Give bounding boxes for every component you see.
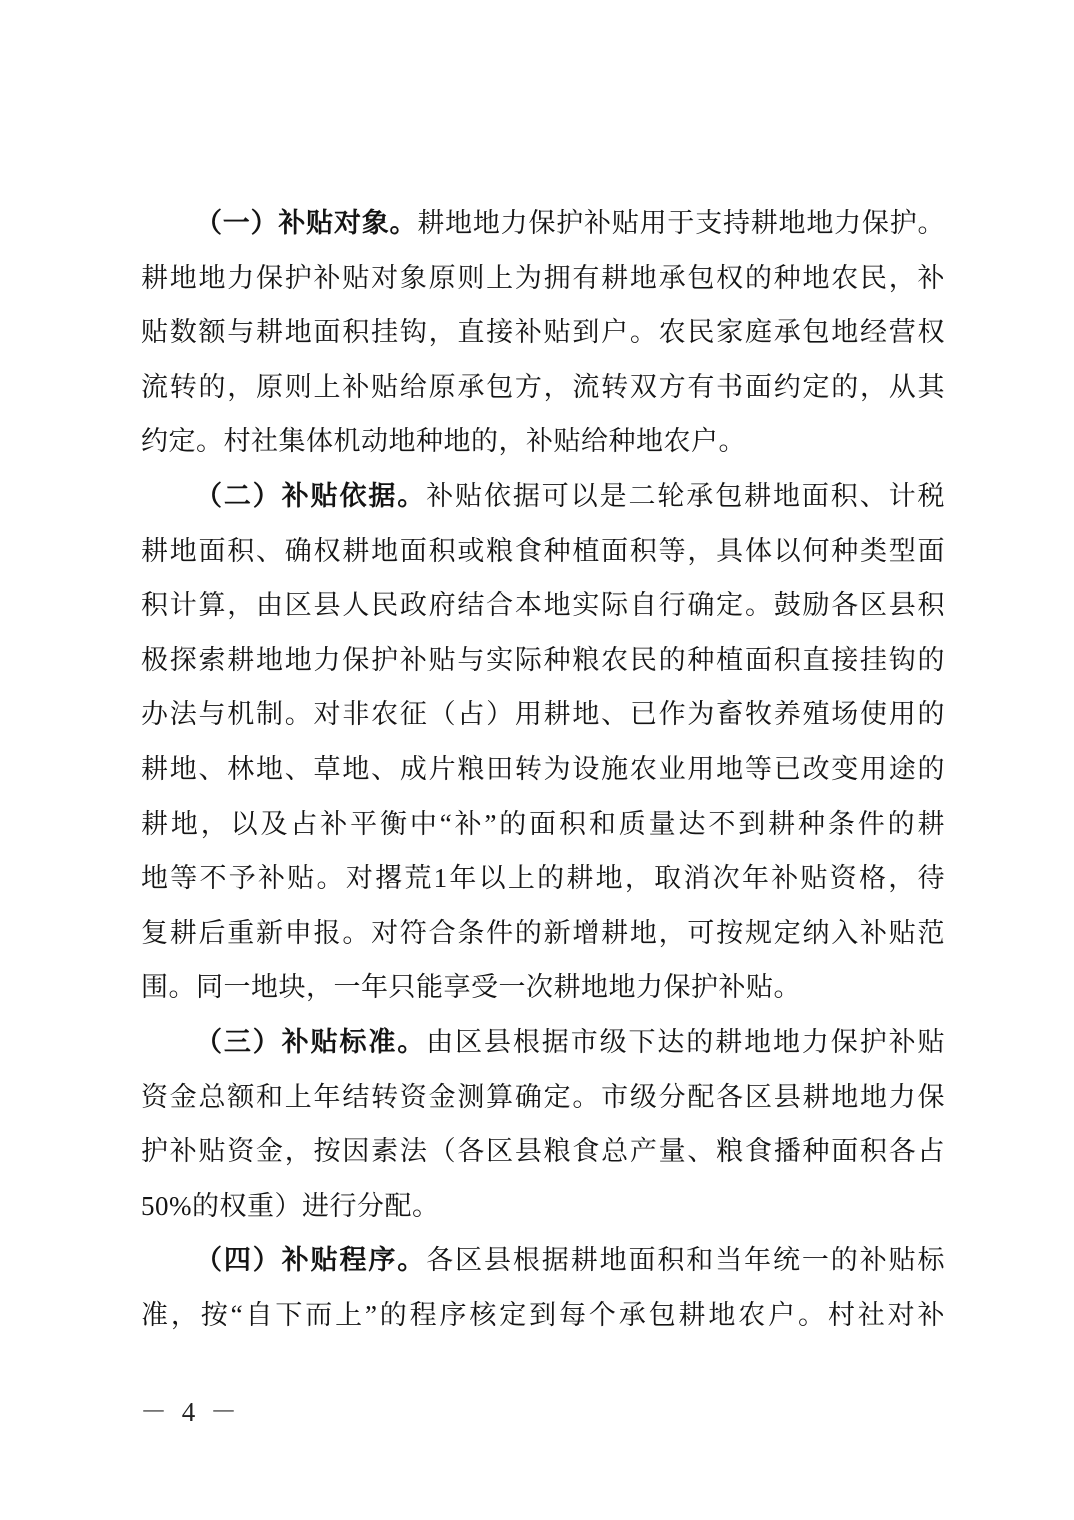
text-line: 耕地，以及占补平衡中“补”的面积和质量达不到耕种条件的耕 — [141, 797, 945, 852]
paragraph: （二）补贴依据。补贴依据可以是二轮承包耕地面积、计税耕地面积、确权耕地面积或粮食… — [141, 469, 945, 1015]
text-line: 流转的，原则上补贴给原承包方，流转双方有书面约定的，从其 — [141, 360, 945, 415]
text-line: 耕地面积、确权耕地面积或粮食种植面积等，具体以何种类型面 — [141, 524, 945, 579]
text-line: 办法与机制。对非农征（占）用耕地、已作为畜牧养殖场使用的 — [141, 687, 945, 742]
text-line: 复耕后重新申报。对符合条件的新增耕地，可按规定纳入补贴范 — [141, 906, 945, 961]
text-line: 资金总额和上年结转资金测算确定。市级分配各区县耕地地力保 — [141, 1070, 945, 1125]
text-line: 50%的权重）进行分配。 — [141, 1179, 945, 1234]
document-page: （一）补贴对象。耕地地力保护补贴用于支持耕地地力保护。耕地地力保护补贴对象原则上… — [0, 0, 1074, 1520]
paragraph-text: 各区县根据耕地面积和当年统一的补贴标 — [426, 1245, 945, 1275]
text-line: 围。同一地块，一年只能享受一次耕地地力保护补贴。 — [141, 960, 945, 1015]
paragraph-heading: （四）补贴程序。 — [195, 1245, 426, 1275]
text-line: 地等不予补贴。对撂荒1年以上的耕地，取消次年补贴资格，待 — [141, 851, 945, 906]
text-line: 约定。村社集体机动地种地的，补贴给种地农户。 — [141, 414, 945, 469]
paragraph-text: 由区县根据市级下达的耕地地力保护补贴 — [426, 1027, 945, 1057]
paragraph: （一）补贴对象。耕地地力保护补贴用于支持耕地地力保护。耕地地力保护补贴对象原则上… — [141, 196, 945, 469]
page-number: － 4 － — [140, 1385, 241, 1440]
paragraph: （三）补贴标准。由区县根据市级下达的耕地地力保护补贴资金总额和上年结转资金测算确… — [141, 1015, 945, 1233]
text-line: 贴数额与耕地面积挂钩，直接补贴到户。农民家庭承包地经营权 — [141, 305, 945, 360]
text-line: （二）补贴依据。补贴依据可以是二轮承包耕地面积、计税 — [141, 469, 945, 524]
text-line: 准，按“自下而上”的程序核定到每个承包耕地农户。村社对补 — [141, 1288, 945, 1343]
paragraph-heading: （一）补贴对象。 — [195, 208, 417, 238]
text-line: 极探索耕地地力保护补贴与实际种粮农民的种植面积直接挂钩的 — [141, 633, 945, 688]
paragraph-heading: （二）补贴依据。 — [195, 481, 426, 511]
text-line: （三）补贴标准。由区县根据市级下达的耕地地力保护补贴 — [141, 1015, 945, 1070]
text-line: 护补贴资金，按因素法（各区县粮食总产量、粮食播种面积各占 — [141, 1124, 945, 1179]
text-line: （一）补贴对象。耕地地力保护补贴用于支持耕地地力保护。 — [141, 196, 945, 251]
text-line: 积计算，由区县人民政府结合本地实际自行确定。鼓励各区县积 — [141, 578, 945, 633]
paragraph-heading: （三）补贴标准。 — [195, 1027, 426, 1057]
document-body: （一）补贴对象。耕地地力保护补贴用于支持耕地地力保护。耕地地力保护补贴对象原则上… — [141, 196, 945, 1342]
paragraph-text: 补贴依据可以是二轮承包耕地面积、计税 — [426, 481, 945, 511]
text-line: 耕地地力保护补贴对象原则上为拥有耕地承包权的种地农民，补 — [141, 251, 945, 306]
paragraph: （四）补贴程序。各区县根据耕地面积和当年统一的补贴标准，按“自下而上”的程序核定… — [141, 1233, 945, 1342]
paragraph-text: 耕地地力保护补贴用于支持耕地地力保护。 — [417, 208, 945, 238]
text-line: （四）补贴程序。各区县根据耕地面积和当年统一的补贴标 — [141, 1233, 945, 1288]
text-line: 耕地、林地、草地、成片粮田转为设施农业用地等已改变用途的 — [141, 742, 945, 797]
